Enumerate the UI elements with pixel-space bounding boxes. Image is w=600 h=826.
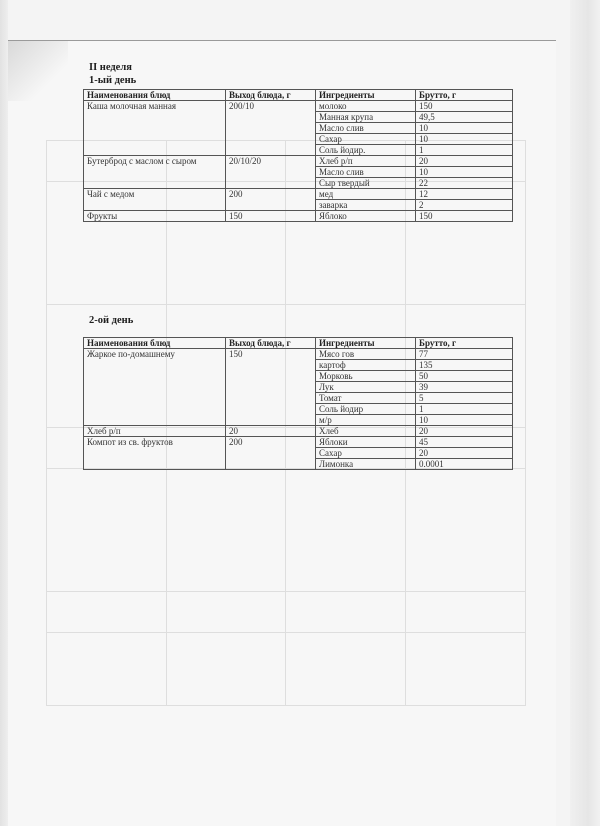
ingredient-gross: 22 [416,178,513,189]
day-1-menu-table: Наименования блюд Выход блюда, г Ингреди… [83,89,513,222]
ingredient-gross: 2 [416,200,513,211]
ingredient-name: Морковь [316,371,416,382]
table-row: Компот из св. фруктов200Яблоки45 [84,437,513,448]
ingredient-name: мед [316,189,416,200]
ingredient-gross: 10 [416,167,513,178]
ingredient-gross: 20 [416,426,513,437]
dish-yield: 150 [226,349,316,426]
ingredient-name: Масло слив [316,167,416,178]
ingredient-name: Лук [316,382,416,393]
dish-yield: 200/10 [226,101,316,156]
ingredient-name: Хлеб р/п [316,156,416,167]
ingredient-gross: 20 [416,156,513,167]
day-2-title: 2-ой день [89,315,133,326]
ingredient-name: картоф [316,360,416,371]
scan-edge-right [570,0,600,826]
ingredient-gross: 77 [416,349,513,360]
dish-name: Компот из св. фруктов [84,437,226,470]
day-2-menu-table: Наименования блюд Выход блюда, г Ингреди… [83,337,513,470]
column-header-gross: Брутто, г [416,90,513,101]
dish-name: Чай с медом [84,189,226,211]
ingredient-name: Масло слив [316,123,416,134]
dish-yield: 20 [226,426,316,437]
ingredient-gross: 1 [416,404,513,415]
ingredient-gross: 49,5 [416,112,513,123]
ingredient-name: Соль йодир. [316,145,416,156]
dish-yield: 200 [226,189,316,211]
table-row: Фрукты150Яблоко150 [84,211,513,222]
column-header-yield: Выход блюда, г [226,338,316,349]
ingredient-name: Манная крупа [316,112,416,123]
table-row: Хлеб р/п20Хлеб20 [84,426,513,437]
scan-edge-left [0,0,8,826]
ingredient-gross: 45 [416,437,513,448]
table-header-row: Наименования блюд Выход блюда, г Ингреди… [84,90,513,101]
ingredient-gross: 10 [416,134,513,145]
ingredient-name: Хлеб [316,426,416,437]
dish-name: Хлеб р/п [84,426,226,437]
dish-name: Жаркое по-домашнему [84,349,226,426]
ingredient-name: Лимонка [316,459,416,470]
column-header-yield: Выход блюда, г [226,90,316,101]
table-row: Жаркое по-домашнему150Мясо гов77 [84,349,513,360]
week-title: II неделя [89,62,132,73]
ingredient-name: м/р [316,415,416,426]
page-corner-shadow [8,41,68,101]
ingredient-gross: 12 [416,189,513,200]
table-row: Каша молочная манная200/10молоко150 [84,101,513,112]
ingredient-name: Сыр твердый [316,178,416,189]
table-row: Бутерброд с маслом с сыром20/10/20Хлеб р… [84,156,513,167]
ingredient-name: Сахар [316,134,416,145]
column-header-dish: Наименования блюд [84,338,226,349]
ingredient-gross: 50 [416,371,513,382]
dish-name: Фрукты [84,211,226,222]
day-1-title: 1-ый день [89,75,136,86]
ingredient-name: Сахар [316,448,416,459]
ingredient-gross: 10 [416,415,513,426]
ingredient-gross: 135 [416,360,513,371]
ingredient-name: Томат [316,393,416,404]
ingredient-gross: 0.0001 [416,459,513,470]
dish-yield: 200 [226,437,316,470]
dish-yield: 150 [226,211,316,222]
ingredient-gross: 10 [416,123,513,134]
ingredient-gross: 39 [416,382,513,393]
ingredient-gross: 5 [416,393,513,404]
ingredient-name: молоко [316,101,416,112]
column-header-dish: Наименования блюд [84,90,226,101]
dish-yield: 20/10/20 [226,156,316,189]
ingredient-gross: 150 [416,211,513,222]
ingredient-name: заварка [316,200,416,211]
dish-name: Бутерброд с маслом с сыром [84,156,226,189]
column-header-ingredients: Ингредиенты [316,90,416,101]
ingredient-name: Яблоки [316,437,416,448]
dish-name: Каша молочная манная [84,101,226,156]
column-header-gross: Брутто, г [416,338,513,349]
ingredient-name: Соль йодир [316,404,416,415]
table-header-row: Наименования блюд Выход блюда, г Ингреди… [84,338,513,349]
table-row: Чай с медом200мед12 [84,189,513,200]
ingredient-gross: 150 [416,101,513,112]
ingredient-gross: 1 [416,145,513,156]
ingredient-name: Мясо гов [316,349,416,360]
ingredient-gross: 20 [416,448,513,459]
column-header-ingredients: Ингредиенты [316,338,416,349]
ingredient-name: Яблоко [316,211,416,222]
